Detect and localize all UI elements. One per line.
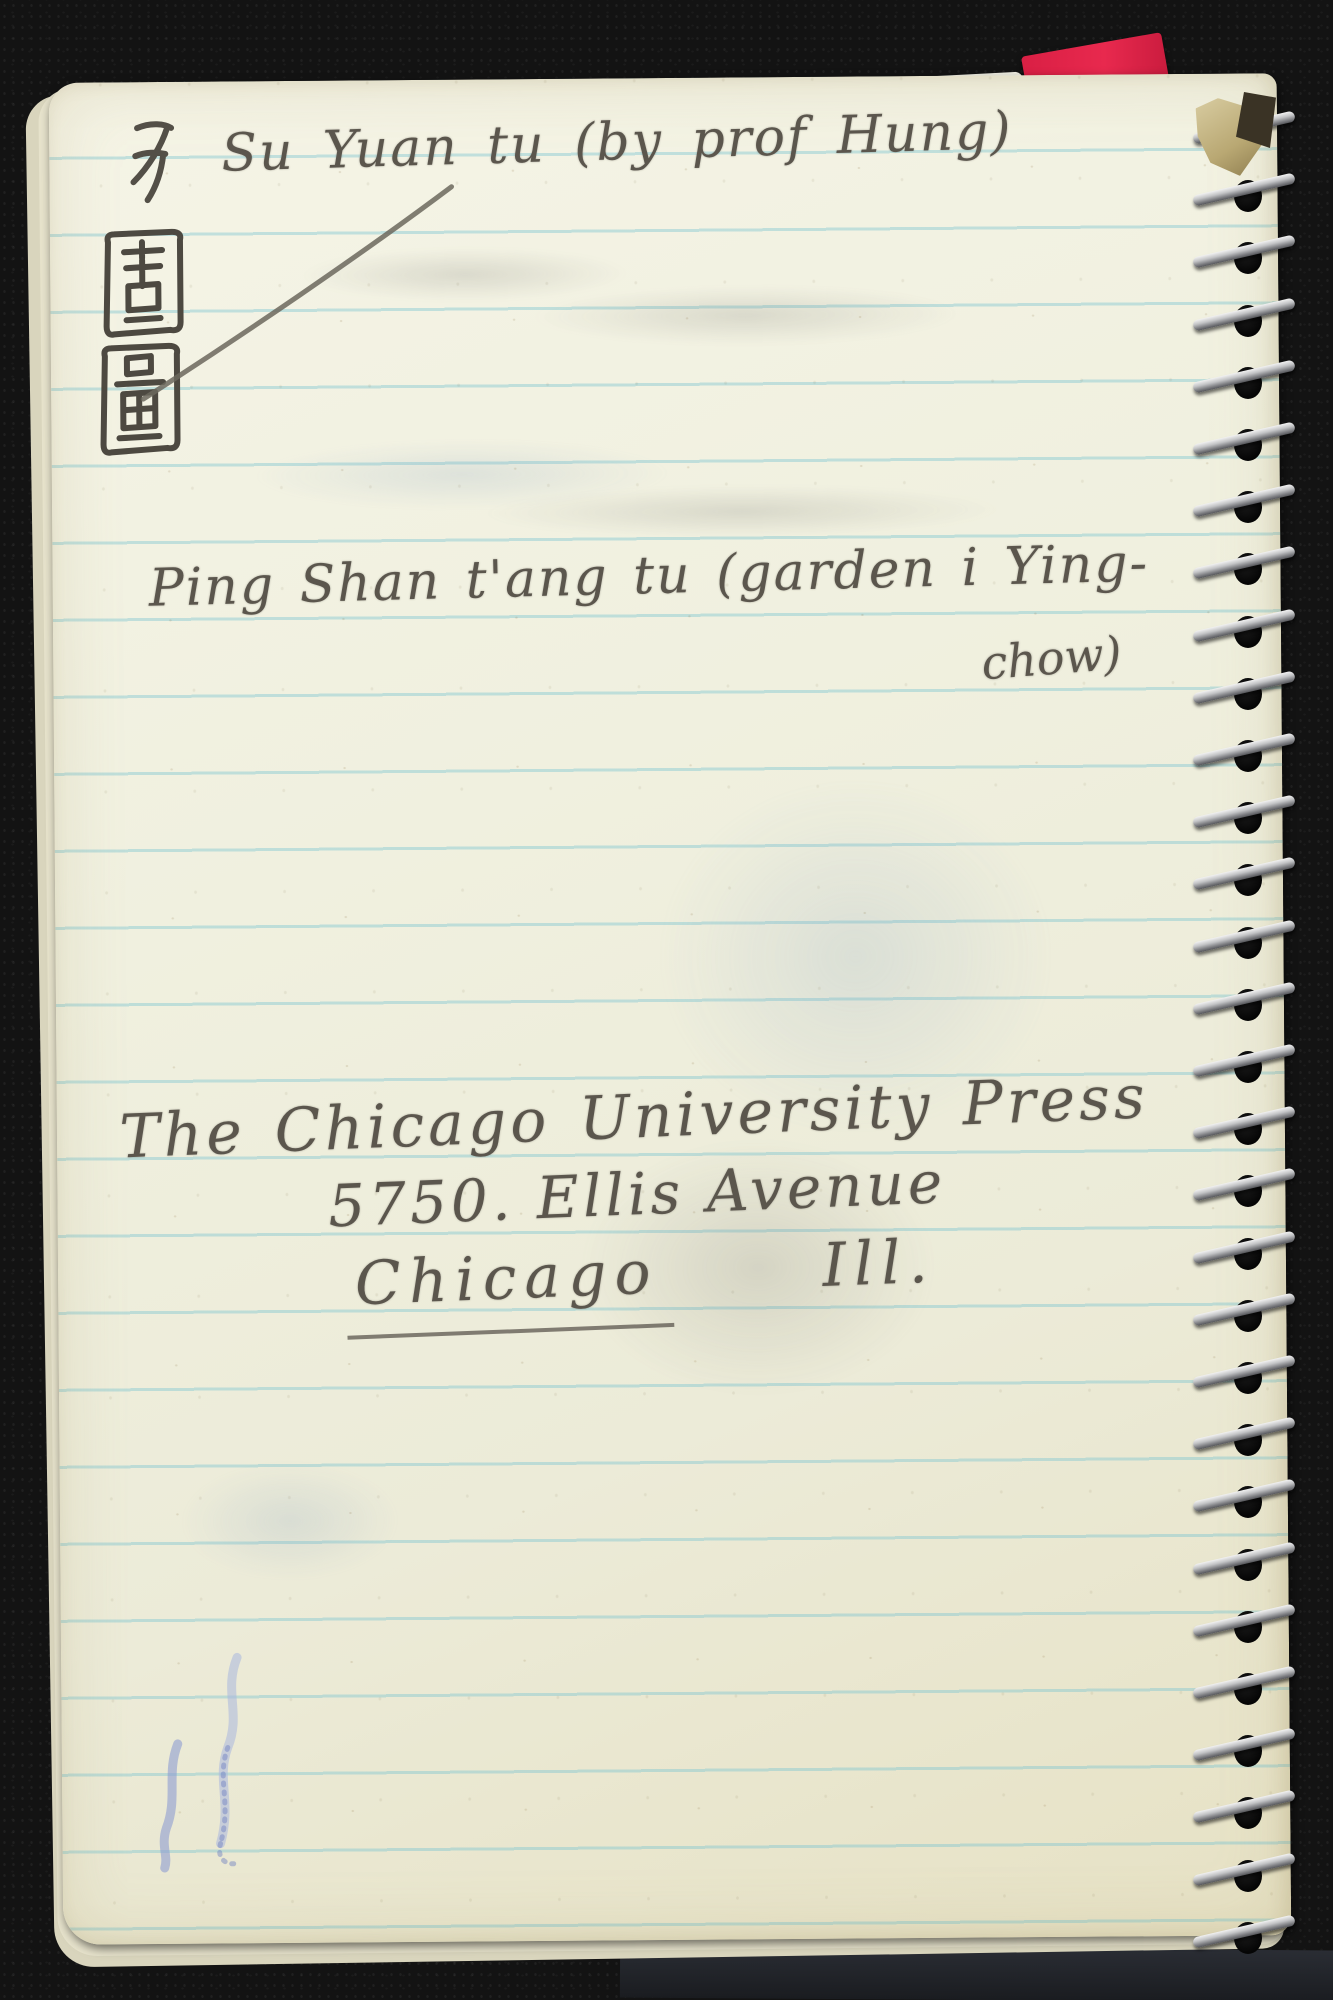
handwritten-title: Su Yuan tu (by prof Hung) [220, 101, 1013, 184]
handwritten-address: The Chicago University Press 5750. Ellis… [53, 1060, 1222, 1351]
address-state: Ill. [821, 1227, 937, 1301]
bleed-through-mark [180, 1460, 401, 1582]
spiral-binding [1190, 0, 1333, 2000]
blue-pencil-marks [119, 1651, 311, 1902]
bleed-through-mark [530, 284, 960, 347]
handwritten-entry-continuation: chow) [979, 626, 1123, 691]
notebook-page: Su Yuan tu (by prof Hung) Ping Shan [49, 73, 1292, 1945]
notebook-photo: Su Yuan tu (by prof Hung) Ping Shan [0, 0, 1333, 2000]
bleed-through-mark [252, 438, 673, 511]
handwritten-entry: Ping Shan t'ang tu (garden i Ying- [148, 534, 1150, 619]
address-city: Chicago [344, 1237, 675, 1340]
bleed-through-mark [482, 483, 1002, 539]
strikethrough-line [129, 175, 471, 418]
